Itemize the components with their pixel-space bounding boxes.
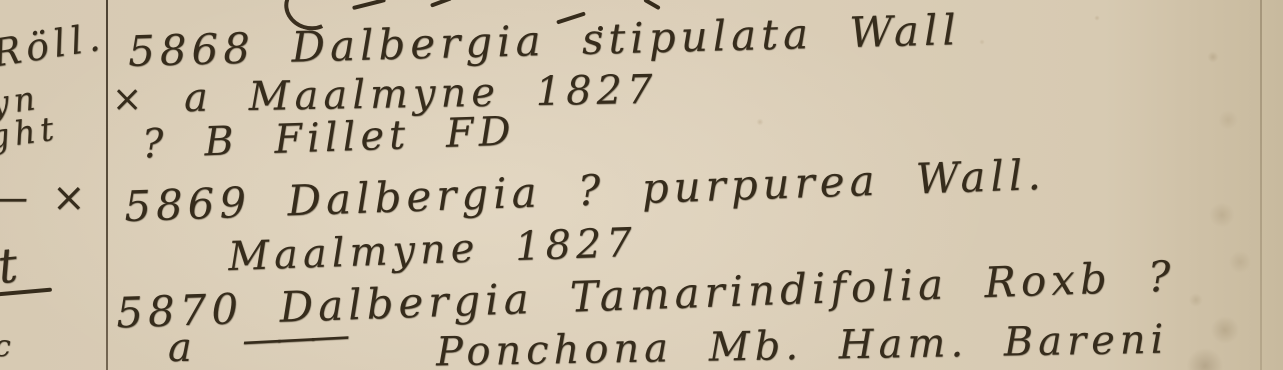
cutoff-stroke-fragment: [643, 0, 661, 10]
manuscript-page: Röll. yn ght — × t c 5868 Dalbergia stip…: [0, 0, 1283, 370]
margin-dash: —: [0, 178, 33, 218]
margin-note-roll: Röll.: [0, 17, 107, 72]
entry-5870-ditto-dash: ———: [241, 315, 345, 360]
entry-5868-x-mark: ×: [112, 82, 147, 118]
entry-5868-variety-b: ? B Fillet FD: [141, 111, 516, 164]
entry-5869-heading: 5869 Dalbergia ? purpurea Wall.: [124, 154, 1047, 228]
cutoff-stroke-fragment: [352, 0, 386, 10]
entry-5870-variety-text: Ponchona Mb. Ham. Bareni: [436, 320, 1169, 370]
cutoff-stroke-fragment: [430, 0, 452, 8]
paper-crease: [1260, 0, 1262, 370]
entry-5870-variety-prefix: a: [168, 328, 197, 368]
margin-x-mark: ×: [52, 178, 91, 218]
margin-note-fragment: c: [0, 332, 16, 362]
entry-5868-heading: 5868 Dalbergia stipulata Wall: [128, 9, 962, 73]
margin-note-fragment: ght: [0, 111, 61, 154]
margin-note-fragment: t: [0, 241, 25, 291]
entry-5869-locality: Maalmyne 1827: [227, 223, 637, 277]
